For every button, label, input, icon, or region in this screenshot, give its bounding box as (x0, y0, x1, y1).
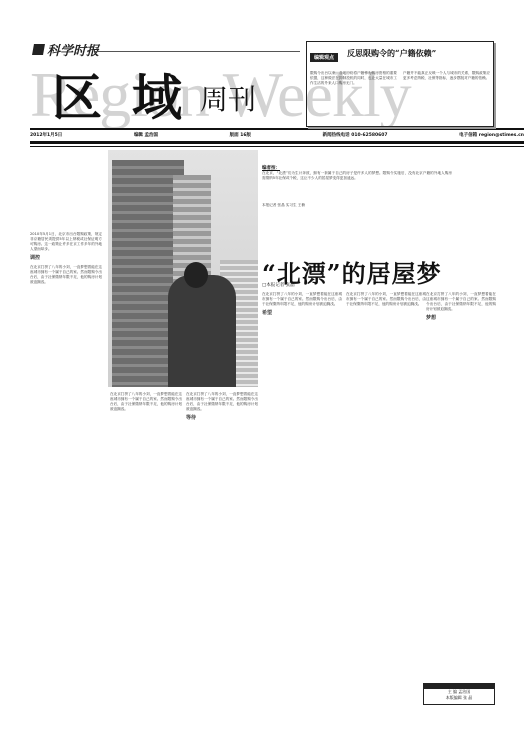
page-title: 区域 (52, 58, 212, 130)
meta-editor: 编辑 孟治国 (134, 132, 158, 138)
column-2: 在北京打拼了八年的小刘，一直梦想着能在这座城市拥有一个属于自己的家。然而限购令出… (110, 392, 182, 692)
byline: □本报记者 张晶 (262, 282, 295, 288)
page-subtitle: 周刊 (200, 78, 256, 118)
editorial-title: 反思限购令的“户籍依赖” (347, 48, 436, 59)
credit-page-editor: 本版编辑 张 晶 (424, 695, 494, 701)
editor-note: 编者按： 在北京，“北漂”们为生计奔波，拥有一套属于自己的房子是许多人的梦想。限… (262, 165, 452, 208)
article-photo (108, 150, 258, 387)
editor-note-text: 在北京，“北漂”们为生计奔波，拥有一套属于自己的房子是许多人的梦想。限购令实施后… (262, 171, 452, 203)
column-5: 在北京打拼了八年的小刘，一直梦想着能在这座城市拥有一个属于自己的家。然而限购令出… (346, 292, 426, 732)
editorial-box: 编辑观点 反思限购令的“户籍依赖” 限购令出台以来，各地纷纷将户籍作为购房资格的… (306, 41, 494, 127)
meta-pages: 版面 16版 (230, 132, 251, 138)
meta-date: 2012年1月5日 (30, 132, 62, 138)
editorial-col-2: 户籍并不能真正反映一个人与城市的关系，限购政策应更多考虑纳税、社保等指标，逐步摆… (403, 71, 490, 137)
editorial-tag: 编辑观点 (310, 53, 338, 62)
divider (95, 51, 300, 52)
editorial-col-1: 限购令出台以来，各地纷纷将户籍作为购房资格的重要依据，这种做法在抑制投机的同时，… (310, 71, 397, 137)
newspaper-name: 科学时报 (47, 40, 99, 59)
logo-icon (32, 44, 45, 55)
column-3: 在北京打拼了八年的小刘，一直梦想着能在这座城市拥有一个属于自己的家。然而限购令出… (186, 392, 258, 692)
divider (30, 146, 524, 147)
column-4: 在北京打拼了八年的小刘，一直梦想着能在这座城市拥有一个属于自己的家。然而限购令出… (262, 292, 342, 732)
credit-box: 主 编 孟治国 本版编辑 张 晶 (423, 683, 495, 705)
newspaper-logo: 科学时报 (33, 40, 99, 59)
divider (30, 141, 524, 144)
column-6: 在北京打拼了八年的小刘，一直梦想着能在这座城市拥有一个属于自己的家。然而限购令出… (426, 292, 496, 677)
left-column: 2010年5月1日，北京市出台限购政策，规定非京籍居民须提供5年以上纳税或社保证… (30, 232, 102, 732)
editor-note-credits: 本报记者 张晶 实习生 王楠 (262, 203, 452, 208)
subhead: 调控 (30, 256, 102, 261)
